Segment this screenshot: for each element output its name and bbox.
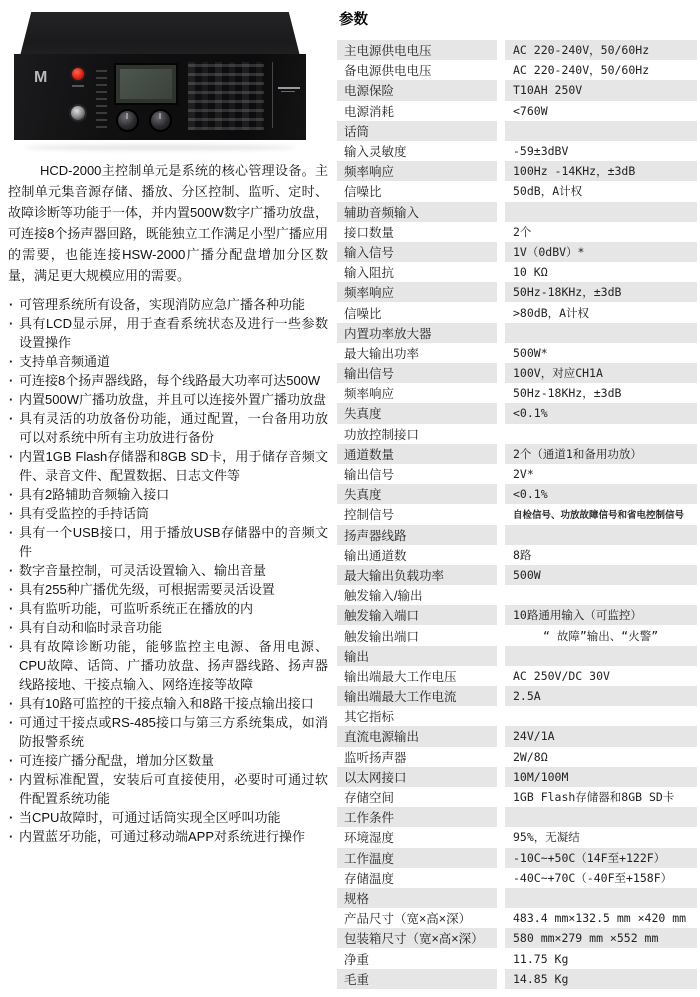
column-gap <box>497 868 505 888</box>
column-gap <box>497 101 505 121</box>
feature-item: 内置1GB Flash存储器和8GB SD卡，用于储存音频文件、录音文件、配置数… <box>8 447 328 485</box>
spec-value: 自检信号、功放故障信号和省电控制信号 <box>505 504 697 524</box>
spec-label: 触发输入端口 <box>337 605 497 625</box>
spec-value: 14.85 Kg <box>505 969 697 989</box>
spec-section-row: 扬声器线路 <box>337 525 697 545</box>
spec-label: 输出信号 <box>337 363 497 383</box>
spec-label: 通道数量 <box>337 444 497 464</box>
spec-row: 接口数量2个 <box>337 222 697 242</box>
spec-value: 1GB Flash存储器和8GB SD卡 <box>505 787 697 807</box>
spec-value <box>505 121 697 141</box>
feature-item: 可连接8个扬声器线路，每个线路最大功率可达500W <box>8 371 328 390</box>
spec-label: 输入阻抗 <box>337 262 497 282</box>
spec-value: 10路通用输入（可监控） <box>505 605 697 625</box>
brand-logo-m: M <box>34 70 46 86</box>
spec-section-row: 内置功率放大器 <box>337 323 697 343</box>
feature-item: 具有255种广播优先级，可根据需要灵活设置 <box>8 580 328 599</box>
spec-section-label: 扬声器线路 <box>337 525 497 545</box>
column-gap <box>497 202 505 222</box>
spec-value: <0.1% <box>505 484 697 504</box>
column-gap <box>497 545 505 565</box>
feature-item: 具有监听功能，可监听系统正在播放的内 <box>8 599 328 618</box>
column-gap <box>497 908 505 928</box>
spec-label: 频率响应 <box>337 161 497 181</box>
spec-section-row: 触发输入/输出 <box>337 585 697 605</box>
spec-value: >80dB，A计权 <box>505 302 697 322</box>
spec-label: 最大输出负载功率 <box>337 565 497 585</box>
spec-label: 失真度 <box>337 484 497 504</box>
spec-row: 频率响应100Hz -14KHz，±3dB <box>337 161 697 181</box>
spec-row: 产品尺寸（宽×高×深）483.4 mm×132.5 mm ×420 mm <box>337 908 697 928</box>
spec-section-row: 工作条件 <box>337 807 697 827</box>
spec-label: 存储空间 <box>337 787 497 807</box>
feature-item: 可通过干接点或RS-485接口与第三方系统集成，如消防报警系统 <box>8 713 328 751</box>
spec-label: 频率响应 <box>337 282 497 302</box>
spec-label: 净重 <box>337 948 497 968</box>
column-gap <box>497 484 505 504</box>
spec-value: -10C~+50C（14F至+122F） <box>505 848 697 868</box>
spec-row: 监听扬声器2W/8Ω <box>337 747 697 767</box>
spec-label: 输入信号 <box>337 242 497 262</box>
spec-row: 直流电源输出24V/1A <box>337 726 697 746</box>
column-gap <box>497 605 505 625</box>
spec-row: 控制信号自检信号、功放故障信号和省电控制信号 <box>337 504 697 524</box>
column-gap <box>497 181 505 201</box>
spec-value: 50dB，A计权 <box>505 181 697 201</box>
spec-row: 输入信号1V（0dBV）* <box>337 242 697 262</box>
spec-value <box>505 706 697 726</box>
column-gap <box>497 969 505 989</box>
feature-item: 可管理系统所有设备，实现消防应急广播各种功能 <box>8 295 328 314</box>
spec-value <box>505 323 697 343</box>
column-gap <box>497 807 505 827</box>
spec-row: 毛重14.85 Kg <box>337 969 697 989</box>
column-gap <box>497 525 505 545</box>
feature-item: 内置500W广播功放盘，并且可以连接外置广播功放盘 <box>8 390 328 409</box>
spec-value: 100Hz -14KHz，±3dB <box>505 161 697 181</box>
power-button-label <box>72 85 84 87</box>
spec-row: 输出通道数8路 <box>337 545 697 565</box>
spec-page: M HCD-2000主控制单元是系统的核心管理设备。主控制单元集音源存储、播放、… <box>0 0 700 997</box>
spec-row: 触发输出端口“ 故障”输出、“火警” <box>337 625 697 645</box>
spec-value <box>505 888 697 908</box>
spec-section-row: 输出 <box>337 646 697 666</box>
spec-row: 输入阻抗10 KΩ <box>337 262 697 282</box>
spec-label: 信噪比 <box>337 302 497 322</box>
power-button <box>72 68 84 80</box>
column-gap <box>497 928 505 948</box>
column-gap <box>497 948 505 968</box>
column-gap <box>497 747 505 767</box>
spec-label: 毛重 <box>337 969 497 989</box>
spec-value: 95%，无凝结 <box>505 827 697 847</box>
spec-value: T10AH 250V <box>505 80 697 100</box>
spec-section-label: 触发输入/输出 <box>337 585 497 605</box>
spec-section-label: 内置功率放大器 <box>337 323 497 343</box>
spec-row: 触发输入端口10路通用输入（可监控） <box>337 605 697 625</box>
spec-section-label: 工作条件 <box>337 807 497 827</box>
right-column: 参数 主电源供电电压AC 220-240V，50/60Hz备电源供电电压AC 2… <box>337 0 697 989</box>
column-gap <box>497 242 505 262</box>
spec-value: -40C~+70C（-40F至+158F） <box>505 868 697 888</box>
spec-label: 输出端最大工作电流 <box>337 686 497 706</box>
spec-section-label: 输出 <box>337 646 497 666</box>
spec-value <box>505 807 697 827</box>
spec-row: 输出端最大工作电压AC 250V/DC 30V <box>337 666 697 686</box>
spec-label: 输出通道数 <box>337 545 497 565</box>
column-gap <box>497 403 505 423</box>
column-gap <box>497 787 505 807</box>
column-gap <box>497 222 505 242</box>
spec-label: 存储温度 <box>337 868 497 888</box>
spec-label: 最大输出功率 <box>337 343 497 363</box>
column-gap <box>497 161 505 181</box>
spec-section-label: 辅助音频输入 <box>337 202 497 222</box>
column-gap <box>497 141 505 161</box>
brand-label <box>278 87 302 95</box>
spec-section-label: 功放控制接口 <box>337 424 497 444</box>
spec-section-row: 辅助音频输入 <box>337 202 697 222</box>
spec-value: -59±3dBV <box>505 141 697 161</box>
spec-row: 信噪比50dB，A计权 <box>337 181 697 201</box>
spec-row: 失真度<0.1% <box>337 484 697 504</box>
column-gap <box>497 121 505 141</box>
feature-item: 具有LCD显示屏，用于查看系统状态及进行一些参数设置操作 <box>8 314 328 352</box>
spec-value: 24V/1A <box>505 726 697 746</box>
column-gap <box>497 40 505 60</box>
product-description: HCD-2000主控制单元是系统的核心管理设备。主控制单元集音源存储、播放、分区… <box>8 160 328 286</box>
feature-item: 内置标准配置，安装后可直接使用，必要时可通过软件配置系统功能 <box>8 770 328 808</box>
column-gap <box>497 565 505 585</box>
column-gap <box>497 625 505 645</box>
volume-knob-right <box>151 111 170 130</box>
feature-list: 可管理系统所有设备，实现消防应急广播各种功能具有LCD显示屏，用于查看系统状态及… <box>8 295 328 846</box>
column-gap <box>497 323 505 343</box>
feature-item: 内置蓝牙功能，可通过移动端APP对系统进行操作 <box>8 827 328 846</box>
spec-row: 环境湿度95%，无凝结 <box>337 827 697 847</box>
spec-label: 直流电源输出 <box>337 726 497 746</box>
column-gap <box>497 848 505 868</box>
column-gap <box>497 686 505 706</box>
spec-section-label: 其它指标 <box>337 706 497 726</box>
spec-label: 触发输出端口 <box>337 625 497 645</box>
spec-value: 500W* <box>505 343 697 363</box>
spec-label: 输入灵敏度 <box>337 141 497 161</box>
spec-row: 主电源供电电压AC 220-240V，50/60Hz <box>337 40 697 60</box>
spec-row: 输出端最大工作电流2.5A <box>337 686 697 706</box>
button-grid <box>188 62 264 130</box>
feature-item: 数字音量控制，可灵活设置输入、输出音量 <box>8 561 328 580</box>
spec-row: 电源保险T10AH 250V <box>337 80 697 100</box>
spec-label: 输出信号 <box>337 464 497 484</box>
column-gap <box>497 302 505 322</box>
spec-row: 输出信号100V，对应CH1A <box>337 363 697 383</box>
photo-shadow <box>24 145 296 150</box>
panel-divider <box>272 62 273 128</box>
specs-table: 主电源供电电压AC 220-240V，50/60Hz备电源供电电压AC 220-… <box>337 40 697 989</box>
spec-value: 2V* <box>505 464 697 484</box>
feature-item: 具有自动和临时录音功能 <box>8 618 328 637</box>
column-gap <box>497 262 505 282</box>
spec-value: “ 故障”输出、“火警” <box>505 625 697 645</box>
spec-label: 以太网接口 <box>337 767 497 787</box>
spec-label: 失真度 <box>337 403 497 423</box>
spec-value <box>505 202 697 222</box>
spec-value: 8路 <box>505 545 697 565</box>
spec-value: 10M/100M <box>505 767 697 787</box>
specs-title: 参数 <box>339 8 697 29</box>
spec-value <box>505 525 697 545</box>
spec-label: 主电源供电电压 <box>337 40 497 60</box>
spec-label: 频率响应 <box>337 383 497 403</box>
spec-value: 50Hz-18KHz，±3dB <box>505 282 697 302</box>
column-gap <box>497 383 505 403</box>
spec-value <box>505 646 697 666</box>
spec-value <box>505 424 697 444</box>
column-gap <box>497 888 505 908</box>
column-gap <box>497 666 505 686</box>
feature-item: 具有受监控的手持话筒 <box>8 504 328 523</box>
spec-label: 输出端最大工作电压 <box>337 666 497 686</box>
spec-row: 存储空间1GB Flash存储器和8GB SD卡 <box>337 787 697 807</box>
column-gap <box>497 504 505 524</box>
spec-section-row: 功放控制接口 <box>337 424 697 444</box>
column-gap <box>497 464 505 484</box>
spec-section-label: 规格 <box>337 888 497 908</box>
spec-value <box>505 585 697 605</box>
feature-item: 支持单音频通道 <box>8 352 328 371</box>
spec-label: 环境湿度 <box>337 827 497 847</box>
spec-value: 2个（通道1和备用功放） <box>505 444 697 464</box>
spec-row: 输出信号2V* <box>337 464 697 484</box>
spec-row: 输入灵敏度-59±3dBV <box>337 141 697 161</box>
spec-row: 备电源供电电压AC 220-240V，50/60Hz <box>337 60 697 80</box>
spec-row: 电源消耗<760W <box>337 101 697 121</box>
column-gap <box>497 585 505 605</box>
volume-knob-left <box>118 111 137 130</box>
spec-row: 频率响应50Hz-18KHz，±3dB <box>337 282 697 302</box>
column-gap <box>497 424 505 444</box>
column-gap <box>497 827 505 847</box>
spec-label: 备电源供电电压 <box>337 60 497 80</box>
device-front-panel: M <box>14 54 306 140</box>
column-gap <box>497 767 505 787</box>
feature-item: 当CPU故障时，可通过话筒实现全区呼叫功能 <box>8 808 328 827</box>
spec-value: 580 mm×279 mm ×552 mm <box>505 928 697 948</box>
column-gap <box>497 80 505 100</box>
feature-item: 具有故障诊断功能，能够监控主电源、备用电源、CPU故障、话筒、广播功放盘、扬声器… <box>8 637 328 694</box>
column-gap <box>497 363 505 383</box>
spec-label: 包装箱尺寸（宽×高×深） <box>337 928 497 948</box>
spec-value: 2W/8Ω <box>505 747 697 767</box>
column-gap <box>497 343 505 363</box>
feature-item: 具有灵活的功放备份功能，通过配置，一台备用功放可以对系统中所有主功放进行备份 <box>8 409 328 447</box>
spec-value: <0.1% <box>505 403 697 423</box>
spec-value: <760W <box>505 101 697 121</box>
spec-row: 包装箱尺寸（宽×高×深）580 mm×279 mm ×552 mm <box>337 928 697 948</box>
spec-value: 500W <box>505 565 697 585</box>
spec-value: AC 220-240V，50/60Hz <box>505 40 697 60</box>
column-gap <box>497 726 505 746</box>
spec-label: 控制信号 <box>337 504 497 524</box>
spec-section-row: 规格 <box>337 888 697 908</box>
spec-value: 50Hz-18KHz，±3dB <box>505 383 697 403</box>
left-column: M HCD-2000主控制单元是系统的核心管理设备。主控制单元集音源存储、播放、… <box>8 0 328 846</box>
spec-row: 信噪比>80dB，A计权 <box>337 302 697 322</box>
spec-row: 以太网接口10M/100M <box>337 767 697 787</box>
spec-section-row: 其它指标 <box>337 706 697 726</box>
spec-value: 11.75 Kg <box>505 948 697 968</box>
mic-connector <box>71 106 85 120</box>
spec-row: 通道数量2个（通道1和备用功放） <box>337 444 697 464</box>
column-gap <box>497 444 505 464</box>
spec-label: 电源消耗 <box>337 101 497 121</box>
spec-value: 100V，对应CH1A <box>505 363 697 383</box>
spec-label: 接口数量 <box>337 222 497 242</box>
spec-section-label: 话筒 <box>337 121 497 141</box>
spec-row: 失真度<0.1% <box>337 403 697 423</box>
device-top-panel <box>20 12 300 56</box>
feature-item: 可连接广播分配盘，增加分区数量 <box>8 751 328 770</box>
spec-value: 483.4 mm×132.5 mm ×420 mm <box>505 908 697 928</box>
spec-label: 监听扬声器 <box>337 747 497 767</box>
spec-label: 信噪比 <box>337 181 497 201</box>
spec-section-row: 话筒 <box>337 121 697 141</box>
spec-row: 存储温度-40C~+70C（-40F至+158F） <box>337 868 697 888</box>
panel-label-strip <box>96 66 107 128</box>
spec-label: 电源保险 <box>337 80 497 100</box>
spec-row: 最大输出功率500W* <box>337 343 697 363</box>
spec-value: 10 KΩ <box>505 262 697 282</box>
column-gap <box>497 706 505 726</box>
product-photo: M <box>10 8 316 150</box>
spec-value: 2.5A <box>505 686 697 706</box>
lcd-screen <box>114 63 178 105</box>
spec-row: 净重11.75 Kg <box>337 948 697 968</box>
feature-item: 具有2路辅助音频输入接口 <box>8 485 328 504</box>
column-gap <box>497 60 505 80</box>
lcd-screen-inner <box>120 69 172 99</box>
column-gap <box>497 282 505 302</box>
feature-item: 具有10路可监控的干接点输入和8路干接点输出接口 <box>8 694 328 713</box>
spec-value: AC 220-240V，50/60Hz <box>505 60 697 80</box>
spec-row: 最大输出负载功率500W <box>337 565 697 585</box>
feature-item: 具有一个USB接口，用于播放USB存储器中的音频文件 <box>8 523 328 561</box>
spec-label: 产品尺寸（宽×高×深） <box>337 908 497 928</box>
spec-label: 工作温度 <box>337 848 497 868</box>
spec-value: 1V（0dBV）* <box>505 242 697 262</box>
spec-value: AC 250V/DC 30V <box>505 666 697 686</box>
spec-value: 2个 <box>505 222 697 242</box>
spec-row: 频率响应50Hz-18KHz，±3dB <box>337 383 697 403</box>
column-gap <box>497 646 505 666</box>
spec-row: 工作温度-10C~+50C（14F至+122F） <box>337 848 697 868</box>
